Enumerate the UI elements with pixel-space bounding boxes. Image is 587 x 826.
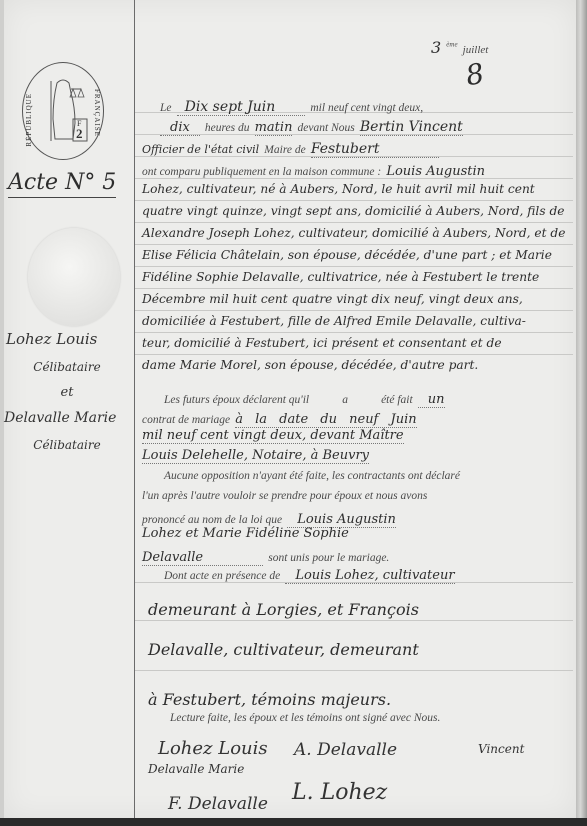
closing-statement: Lecture faite, les époux et les témoins …	[170, 712, 440, 724]
acte-number: Acte N° 5	[8, 170, 116, 198]
ruled-line	[135, 310, 573, 311]
pronounce-line-2: l'un après l'autre vouloir se prendre po…	[142, 490, 427, 502]
ruled-line	[135, 354, 573, 355]
pronounce-line-4: Lohez et Marie Fidéline Sophie	[142, 526, 349, 541]
stamp-text-left: RÉPUBLIQUE	[25, 93, 33, 147]
contract-line-1: Les futurs époux déclarent qu'il a été f…	[164, 388, 445, 407]
margin-bride-name: Delavalle Marie	[4, 410, 138, 426]
ruled-line	[135, 244, 573, 245]
body-line-12: teur, domicilié à Festubert, ici présent…	[142, 336, 502, 350]
header-day-suffix: ème	[446, 41, 457, 49]
fiscal-stamp: RÉPUBLIQUE FRANÇAISE F 2	[22, 62, 104, 160]
ruled-line	[135, 200, 573, 201]
signature-groom: Lohez Louis	[158, 738, 268, 759]
body-line-2: dix heures du matin devant Nous Bertin V…	[160, 116, 463, 135]
margin-conjunction: et	[0, 385, 134, 400]
body-line-6: quatre vingt quinze, vingt sept ans, dom…	[142, 204, 564, 218]
pronounce-line-3: prononcé au nom de la loi que Louis Augu…	[142, 508, 396, 527]
contract-line-3: mil neuf cent vingt deux, devant Maître	[142, 428, 404, 444]
commune-name: Festubert	[311, 141, 440, 158]
date-handwritten: Dix sept Juin	[177, 99, 306, 116]
signature-mayor: Vincent	[478, 742, 524, 756]
body-line-13: dame Marie Morel, son épouse, décédée, d…	[142, 358, 478, 372]
marianne-figure-icon	[23, 63, 103, 159]
body-line-9: Fidéline Sophie Delavalle, cultivatrice,…	[142, 270, 539, 284]
ruled-line	[135, 266, 573, 267]
ruled-line	[135, 620, 573, 621]
signature-bride: Delavalle Marie	[148, 762, 244, 776]
body-line-7: Alexandre Joseph Lohez, cultivateur, dom…	[142, 226, 565, 240]
body-line-4: ont comparu publiquement en la maison co…	[142, 160, 485, 179]
signature-witness-delavalle-f: F. Delavalle	[168, 794, 268, 814]
body-line-3: Officier de l'état civil Maire de Festub…	[142, 138, 439, 157]
body-line-11: domiciliée à Festubert, fille de Alfred …	[142, 314, 526, 328]
ruled-line	[135, 222, 573, 223]
margin-groom-name: Lohez Louis	[6, 330, 140, 348]
witness-line-4: à Festubert, témoins majeurs.	[148, 690, 391, 709]
contract-line-2: contrat de mariage à la date du neuf Jui…	[142, 408, 417, 427]
margin-bride-status: Célibataire	[0, 438, 134, 452]
header-month: juillet	[463, 44, 489, 56]
body-line-5: Lohez, cultivateur, né à Aubers, Nord, l…	[142, 182, 535, 196]
embossed-seal	[28, 228, 120, 326]
body-line-10: Décembre mil huit cent quatre vingt dix …	[142, 292, 523, 306]
signature-witness-delavalle-a: A. Delavalle	[294, 740, 397, 760]
body-line-1: Le Dix sept Juin mil neuf cent vingt deu…	[160, 96, 423, 115]
pronounce-line-1: Aucune opposition n'ayant été faite, les…	[164, 470, 460, 482]
officer-name: Bertin Vincent	[360, 119, 463, 136]
body-line-8: Elise Félicia Châtelain, son épouse, déc…	[142, 248, 552, 262]
ruled-line	[135, 670, 573, 671]
signature-witness-lohez: L. Lohez	[292, 780, 387, 805]
pronounce-line-5: Delavalle sont unis pour le mariage.	[142, 546, 389, 565]
witness-line-3: Delavalle, cultivateur, demeurant	[148, 640, 419, 659]
witness-line-2: demeurant à Lorgies, et François	[148, 600, 419, 619]
witness-line-1: Dont acte en présence de Louis Lohez, cu…	[164, 564, 455, 583]
margin-groom-status: Célibataire	[0, 360, 134, 374]
contract-line-4: Louis Delehelle, Notaire, à Beuvry	[142, 448, 369, 464]
header-date: 3 ème juillet	[431, 38, 488, 57]
page-bottom-edge	[0, 818, 587, 826]
ruled-line	[135, 332, 573, 333]
stamp-text-right: FRANÇAISE	[93, 89, 101, 137]
header-day: 3	[431, 38, 441, 57]
page-right-edge	[576, 0, 587, 826]
margin-rule	[134, 0, 135, 818]
stamp-value: 2	[76, 126, 84, 142]
ruled-line	[135, 288, 573, 289]
